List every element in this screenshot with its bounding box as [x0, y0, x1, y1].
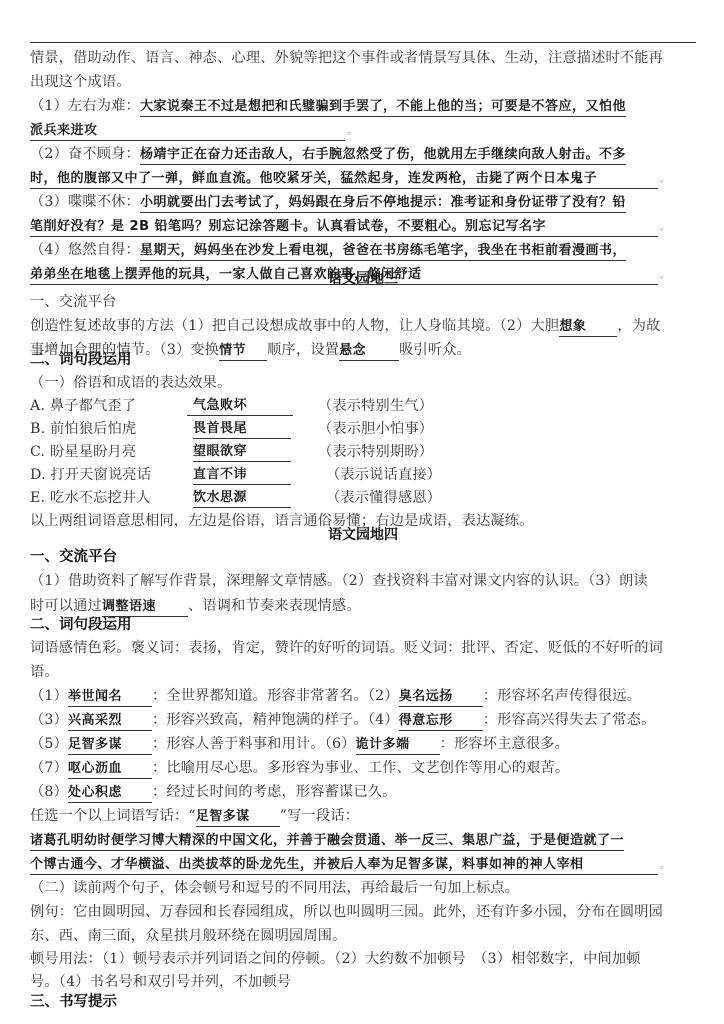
- idiom-answer: 气急败坏: [187, 397, 293, 416]
- usage-line-2: 号。（4）书名号和双引号并列，不加顿号: [30, 970, 696, 994]
- idiom-row: （3）兴高采烈：形容兴致高，精神饱满的样子。（4）得意忘形：形容高兴得失去了常态…: [30, 708, 696, 732]
- section-4-part-1-line-1: （1）借助资料了解写作背景，深理解文章情感。（2）查找资料丰富对课文内容的认识。…: [30, 569, 696, 593]
- meaning: （表示懂得感恩）: [326, 486, 441, 510]
- period: 。: [660, 174, 670, 185]
- idiom-answer: 直言不讳: [193, 466, 291, 485]
- example-2: （2）奋不顾身：杨靖宇正在奋力还击敌人，右手腕忽然受了伤，他就用左手继续向敌人射…: [30, 142, 696, 166]
- idiom-description: ：经过长时间的考虑，形容蓄谋已久。: [152, 784, 397, 800]
- write-answer-1: 诸葛孔明幼时便学习博大精深的中国文化，并善于融会贯通、举一反三、集思广益，于是便…: [30, 828, 696, 852]
- idiom-word: 呕心沥血: [68, 760, 152, 779]
- period: 。: [347, 126, 357, 137]
- idiom-answer: 饮水思源: [193, 489, 291, 508]
- section-4-part-2-subheading-2: （二）读前两个句子，体会顿号和逗号的不同用法，再给最后一句加上标点。: [30, 876, 696, 900]
- text: ，为故: [617, 318, 660, 334]
- idiom-description: ：形容兴致高，精神饱满的样子。: [152, 712, 368, 728]
- idiom-row: （1）举世闻名：全世界都知道。形容非常著名。（2）臭名远扬：形容坏名声传得很远。: [30, 684, 696, 708]
- intro-line-1: 情景，借助动作、语言、神态、心理、外貌等把这个事件或者情景写具体、生动，注意描述…: [30, 46, 696, 70]
- example-1: （1）左右为难：大家说秦王不过是想把和氏璧骗到手罢了，不能上他的当；可要是不答应…: [30, 94, 696, 118]
- section-3-title: 语文园地三: [30, 268, 696, 290]
- text: 顺序，设置: [267, 342, 339, 358]
- section-4-part-1-heading: 一、交流平台: [30, 546, 117, 568]
- example-label: （4）悠然自得：: [30, 242, 140, 258]
- idiom-row: （7）呕心沥血：比喻用尽心思。多形容为事业、工作、文艺创作等用心的艰苦。: [30, 756, 696, 780]
- write-answer-2: 个博古通今、才华横溢、出类拔萃的卧龙先生，并被后人奉为足智多谋，料事如神的神人宰…: [30, 852, 696, 878]
- example-answer: 星期天，妈妈坐在沙发上看电视，爸爸在书房练毛笔字，我坐在书柜前看漫画书，: [140, 242, 626, 261]
- write-answer: 个博古通今、才华横溢、出类拔萃的卧龙先生，并被后人奉为足智多谋，料事如神的神人宰…: [30, 856, 658, 875]
- section-4-part-3-heading: 三、书写提示: [30, 991, 117, 1013]
- write-word: 足智多谋: [196, 808, 280, 827]
- idiom-word: 足智多谋: [68, 736, 152, 755]
- text: 任选一个以上词语写话：“: [30, 808, 196, 824]
- idiom-word: 诡计多端: [356, 736, 440, 755]
- example-answer: 杨靖宇正在奋力还击敌人，右手腕忽然受了伤，他就用左手继续向敌人射击。不多: [140, 146, 626, 165]
- section-3-part-2-heading: 二、词句段运用: [30, 349, 132, 371]
- idiom-word: 兴高采烈: [68, 712, 152, 731]
- section-3-part-1-heading: 一、交流平台: [30, 290, 696, 314]
- idiom-row: （5）足智多谋：形容人善于料事和用计。（6）诡计多端：形容坏主意很多。: [30, 732, 696, 756]
- idiom-number: （3）: [30, 712, 68, 728]
- idiom-row: （8）处心积虑：经过长时间的考虑，形容蓄谋已久。: [30, 780, 696, 804]
- usage-line-1: 顿号用法：（1）顿号表示并列词语之间的停顿。（2）大约数不加顿号 （3）相邻数字…: [30, 947, 696, 971]
- idiom-description: ：形容人善于料事和用计。: [152, 736, 325, 752]
- proverb: B. 前怕狼后怕虎: [30, 417, 136, 441]
- example-answer: 派兵来进攻: [30, 122, 345, 141]
- section-4-part-2-intro-2: 语。: [30, 660, 696, 684]
- example-1-cont: 派兵来进攻。: [30, 118, 696, 144]
- proverb: D. 打开天窗说亮话: [30, 463, 151, 487]
- example-answer: 大家说秦王不过是想把和氏璧骗到手罢了，不能上他的当；可要是不答应，又怕他: [140, 98, 626, 117]
- example-4: （4）悠然自得：星期天，妈妈坐在沙发上看电视，爸爸在书房练毛笔字，我坐在书柜前看…: [30, 238, 696, 262]
- idiom-description: ：形容坏名声传得很远。: [483, 688, 641, 704]
- text: 吸引听众。: [399, 342, 471, 358]
- meaning: （表示说话直接）: [326, 463, 441, 487]
- section-3-part-1-line-1: 创造性复述故事的方法（1）把自己设想成故事中的人物，让人身临其境。（2）大胆想象…: [30, 314, 696, 338]
- idiom-number: （5）: [30, 736, 68, 752]
- idiom-answer: 望眼欲穿: [193, 443, 291, 462]
- idiom-number: （2）: [368, 688, 399, 704]
- idiom-number: （1）: [30, 688, 68, 704]
- idiom-description: ：形容坏主意很多。: [440, 736, 570, 752]
- idiom-answer: 畏首畏尾: [193, 420, 291, 439]
- meaning: （表示特别期盼）: [318, 440, 433, 464]
- idiom-number: （8）: [30, 784, 68, 800]
- example-2-cont: 时，他的腹部又中了一弹，鲜血直流。他咬紧牙关，猛然起身，连发两枪，击毙了两个日本…: [30, 166, 696, 192]
- text: 创造性复述故事的方法（1）把自己设想成故事中的人物，让人身临其境。（2）大胆: [30, 318, 559, 334]
- idiom-word: 得意忘形: [399, 712, 483, 731]
- text: 、语调和节奏来表现情感。: [188, 598, 361, 614]
- meaning: （表示胆小怕事）: [318, 417, 433, 441]
- idiom-number: （4）: [368, 712, 399, 728]
- example-sentence-1: 例句：它由圆明园、万春园和长春园组成，所以也叫圆明三园。此外，还有许多小园，分布…: [30, 900, 696, 924]
- idiom-description: ：比喻用尽心思。多形容为事业、工作、文艺创作等用心的艰苦。: [152, 760, 569, 776]
- proverb: A. 鼻子都气歪了: [30, 394, 136, 418]
- meaning: （表示特别生气）: [318, 394, 433, 418]
- fill-blank: 想象: [559, 318, 617, 337]
- example-answer: 笔削好没有？是 2B 铅笔吗？别忘记涂答题卡。认真看试卷，不要粗心。别忘记写名字: [30, 218, 658, 237]
- example-3: （3）喋喋不休：小明就要出门去考试了，妈妈跟在身后不停地提示：准考证和身份证带了…: [30, 190, 696, 214]
- header-rule: [30, 42, 696, 43]
- intro-line-2: 出现这个成语。: [30, 70, 696, 94]
- fill-blank: 情节: [219, 342, 267, 361]
- example-label: （1）左右为难：: [30, 98, 140, 114]
- idiom-word: 处心积虑: [68, 784, 152, 803]
- example-3-cont: 笔削好没有？是 2B 铅笔吗？别忘记涂答题卡。认真看试卷，不要粗心。别忘记写名字…: [30, 214, 696, 240]
- example-answer: 时，他的腹部又中了一弹，鲜血直流。他咬紧牙关，猛然起身，连发两枪，击毙了两个日本…: [30, 170, 658, 189]
- section-3-part-2-subheading: （一）俗语和成语的表达效果。: [30, 371, 696, 395]
- period: 。: [660, 222, 670, 233]
- idiom-description: ：全世界都知道。形容非常著名。: [152, 688, 368, 704]
- idiom-description: ：形容高兴得失去了常态。: [483, 712, 656, 728]
- write-prompt: 任选一个以上词语写话：“足智多谋”写一段话：: [30, 804, 696, 828]
- section-4-part-2-heading: 二、词句段运用: [30, 614, 132, 636]
- example-label: （2）奋不顾身：: [30, 146, 140, 162]
- text: 时可以通过: [30, 598, 102, 614]
- idiom-word: 臭名远扬: [399, 688, 483, 707]
- fill-blank: 悬念: [339, 342, 399, 361]
- section-4-part-2-intro-1: 词语感情色彩。褒义词：表扬，肯定，赞许的好听的词语。贬义词：批评、否定、贬低的不…: [30, 636, 696, 660]
- text: ”写一段话：: [280, 808, 359, 824]
- idiom-word: 举世闻名: [68, 688, 152, 707]
- example-label: （3）喋喋不休：: [30, 194, 140, 210]
- proverb: E. 吃水不忘挖井人: [30, 486, 151, 510]
- write-answer: 诸葛孔明幼时便学习博大精深的中国文化，并善于融会贯通、举一反三、集思广益，于是便…: [30, 832, 624, 851]
- period: 。: [660, 860, 670, 871]
- proverb: C. 盼星星盼月亮: [30, 440, 136, 464]
- idiom-number: （6）: [325, 736, 356, 752]
- example-answer: 小明就要出门去考试了，妈妈跟在身后不停地提示：准考证和身份证带了没有？铅: [140, 194, 626, 213]
- example-sentence-2: 东、西、南三面，众星拱月般环绕在圆明园周围。: [30, 924, 696, 948]
- section-4-title: 语文园地四: [30, 524, 696, 546]
- idiom-number: （7）: [30, 760, 68, 776]
